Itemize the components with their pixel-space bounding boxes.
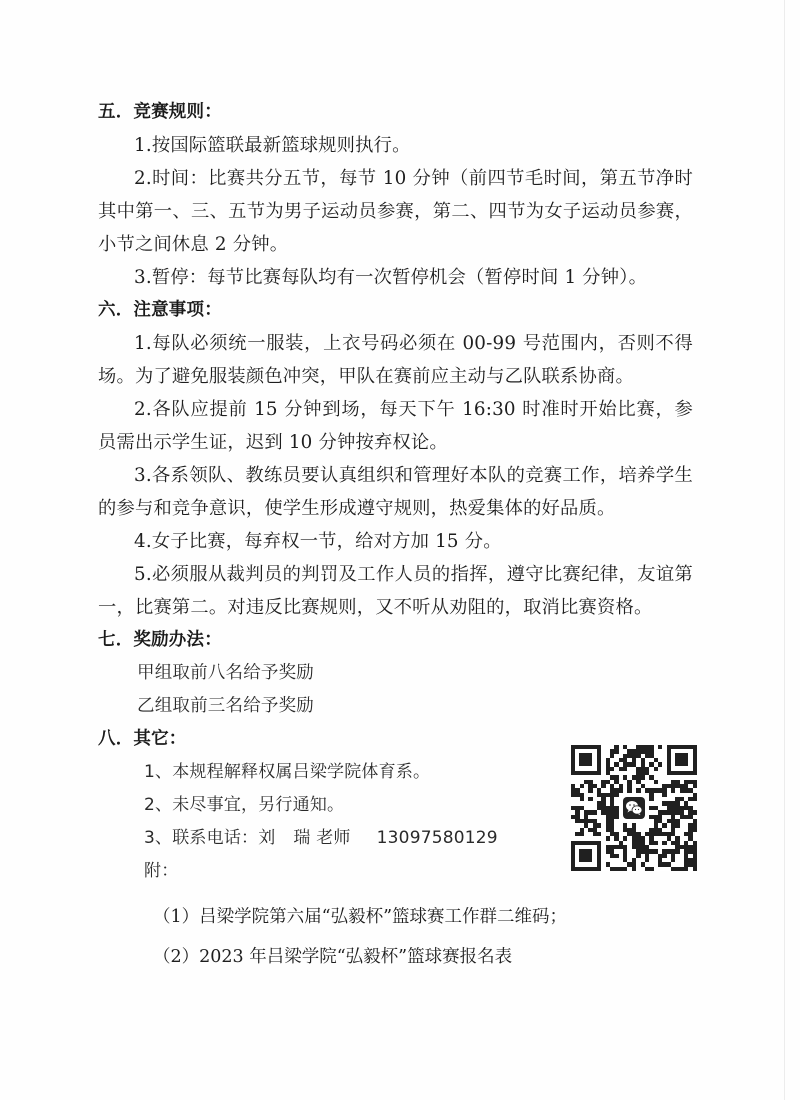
section-heading-competition-rules: 五．竞赛规则： <box>98 96 693 129</box>
note-item-1-line-1: 1.每队必须统一服装，上衣号码必须在 00-99 号范围内，否则不得上 <box>98 327 693 360</box>
note-item-3-line-1: 3.各系领队、教练员要认真组织和管理好本队的竞赛工作，培养学生 <box>98 459 693 492</box>
award-group-a: 甲组取前八名给予奖励 <box>98 657 693 690</box>
rule-item-3: 3.暂停：每节比赛每队均有一次暂停机会（暂停时间 1 分钟）。 <box>98 261 693 294</box>
rule-item-1: 1.按国际篮联最新篮球规则执行。 <box>98 129 693 162</box>
rule-item-2-line-3: 小节之间休息 2 分钟。 <box>98 228 693 261</box>
note-item-2-line-2: 员需出示学生证，迟到 10 分钟按弃权论。 <box>98 426 693 459</box>
note-item-4: 4.女子比赛，每弃权一节，给对方加 15 分。 <box>98 525 693 558</box>
attachment-item-2: （2）2023 年吕梁学院“弘毅杯”篮球赛报名表 <box>98 937 693 977</box>
note-item-2-line-1: 2.各队应提前 15 分钟到场，每天下午 16:30 时准时开始比赛，参赛队 <box>98 393 693 426</box>
note-item-3-line-2: 的参与和竞争意识，使学生形成遵守规则，热爱集体的好品质。 <box>98 492 693 525</box>
section-heading-awards: 七．奖励办法： <box>98 624 693 657</box>
contact-label: 3、联系电话：刘 <box>144 828 275 848</box>
note-item-5-line-2: 一，比赛第二。对违反比赛规则，又不听从劝阻的，取消比赛资格。 <box>98 591 693 624</box>
scan-edge-line <box>784 0 785 1100</box>
wechat-icon <box>623 797 645 819</box>
wechat-group-qr-code <box>571 745 697 871</box>
note-item-5-line-1: 5.必须服从裁判员的判罚及工作人员的指挥，遵守比赛纪律，友谊第 <box>98 558 693 591</box>
rule-item-2-line-1: 2.时间：比赛共分五节，每节 10 分钟（前四节毛时间，第五节净时间）， <box>98 162 693 195</box>
contact-phone: 13097580129 <box>377 828 498 848</box>
qr-finder-pattern-bottom-left <box>571 841 601 871</box>
contact-name: 瑞 老师 <box>293 828 350 848</box>
document-page: 五．竞赛规则： 1.按国际篮联最新篮球规则执行。 2.时间：比赛共分五节，每节 … <box>0 0 800 1100</box>
attachment-item-1: （1）吕梁学院第六届“弘毅杯”篮球赛工作群二维码； <box>98 897 693 937</box>
rule-item-2-line-2: 其中第一、三、五节为男子运动员参赛，第二、四节为女子运动员参赛，每 <box>98 195 693 228</box>
award-group-b: 乙组取前三名给予奖励 <box>98 690 693 723</box>
qr-finder-pattern-top-left <box>571 745 601 775</box>
note-item-1-line-2: 场。为了避免服装颜色冲突，甲队在赛前应主动与乙队联系协商。 <box>98 360 693 393</box>
qr-center-logo-frame <box>621 795 647 821</box>
qr-finder-pattern-top-right <box>667 745 697 775</box>
section-heading-notes: 六．注意事项： <box>98 294 693 327</box>
